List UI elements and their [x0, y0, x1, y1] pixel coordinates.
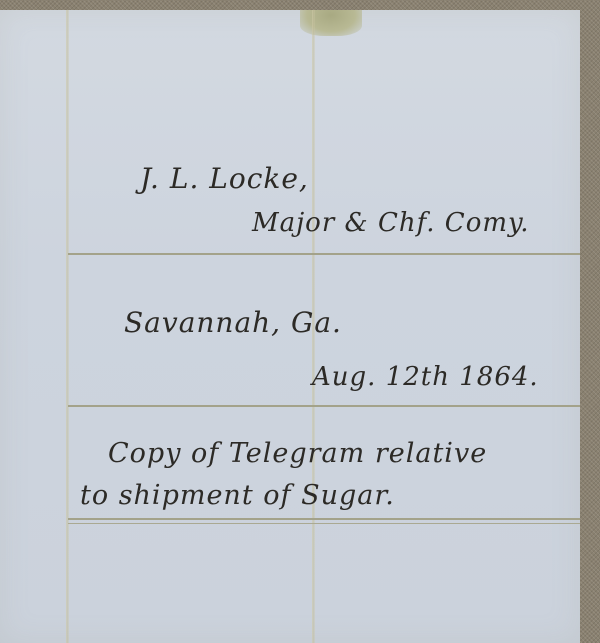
place: Savannah, Ga.	[124, 306, 342, 339]
subject-line-1: Copy of Telegram relative	[108, 438, 487, 469]
author-title: Major & Chf. Comy.	[252, 208, 530, 238]
author-name: J. L. Locke,	[140, 162, 309, 195]
rule-line-3a	[68, 518, 580, 520]
date: Aug. 12th 1864.	[312, 362, 539, 392]
rule-line-1	[68, 253, 580, 255]
water-stain	[300, 10, 362, 36]
subject-line-2: to shipment of Sugar.	[80, 480, 395, 511]
fold-line-left	[66, 10, 69, 643]
document-paper: J. L. Locke, Major & Chf. Comy. Savannah…	[0, 10, 580, 643]
rule-line-3b	[68, 523, 580, 524]
rule-line-2	[68, 405, 580, 407]
